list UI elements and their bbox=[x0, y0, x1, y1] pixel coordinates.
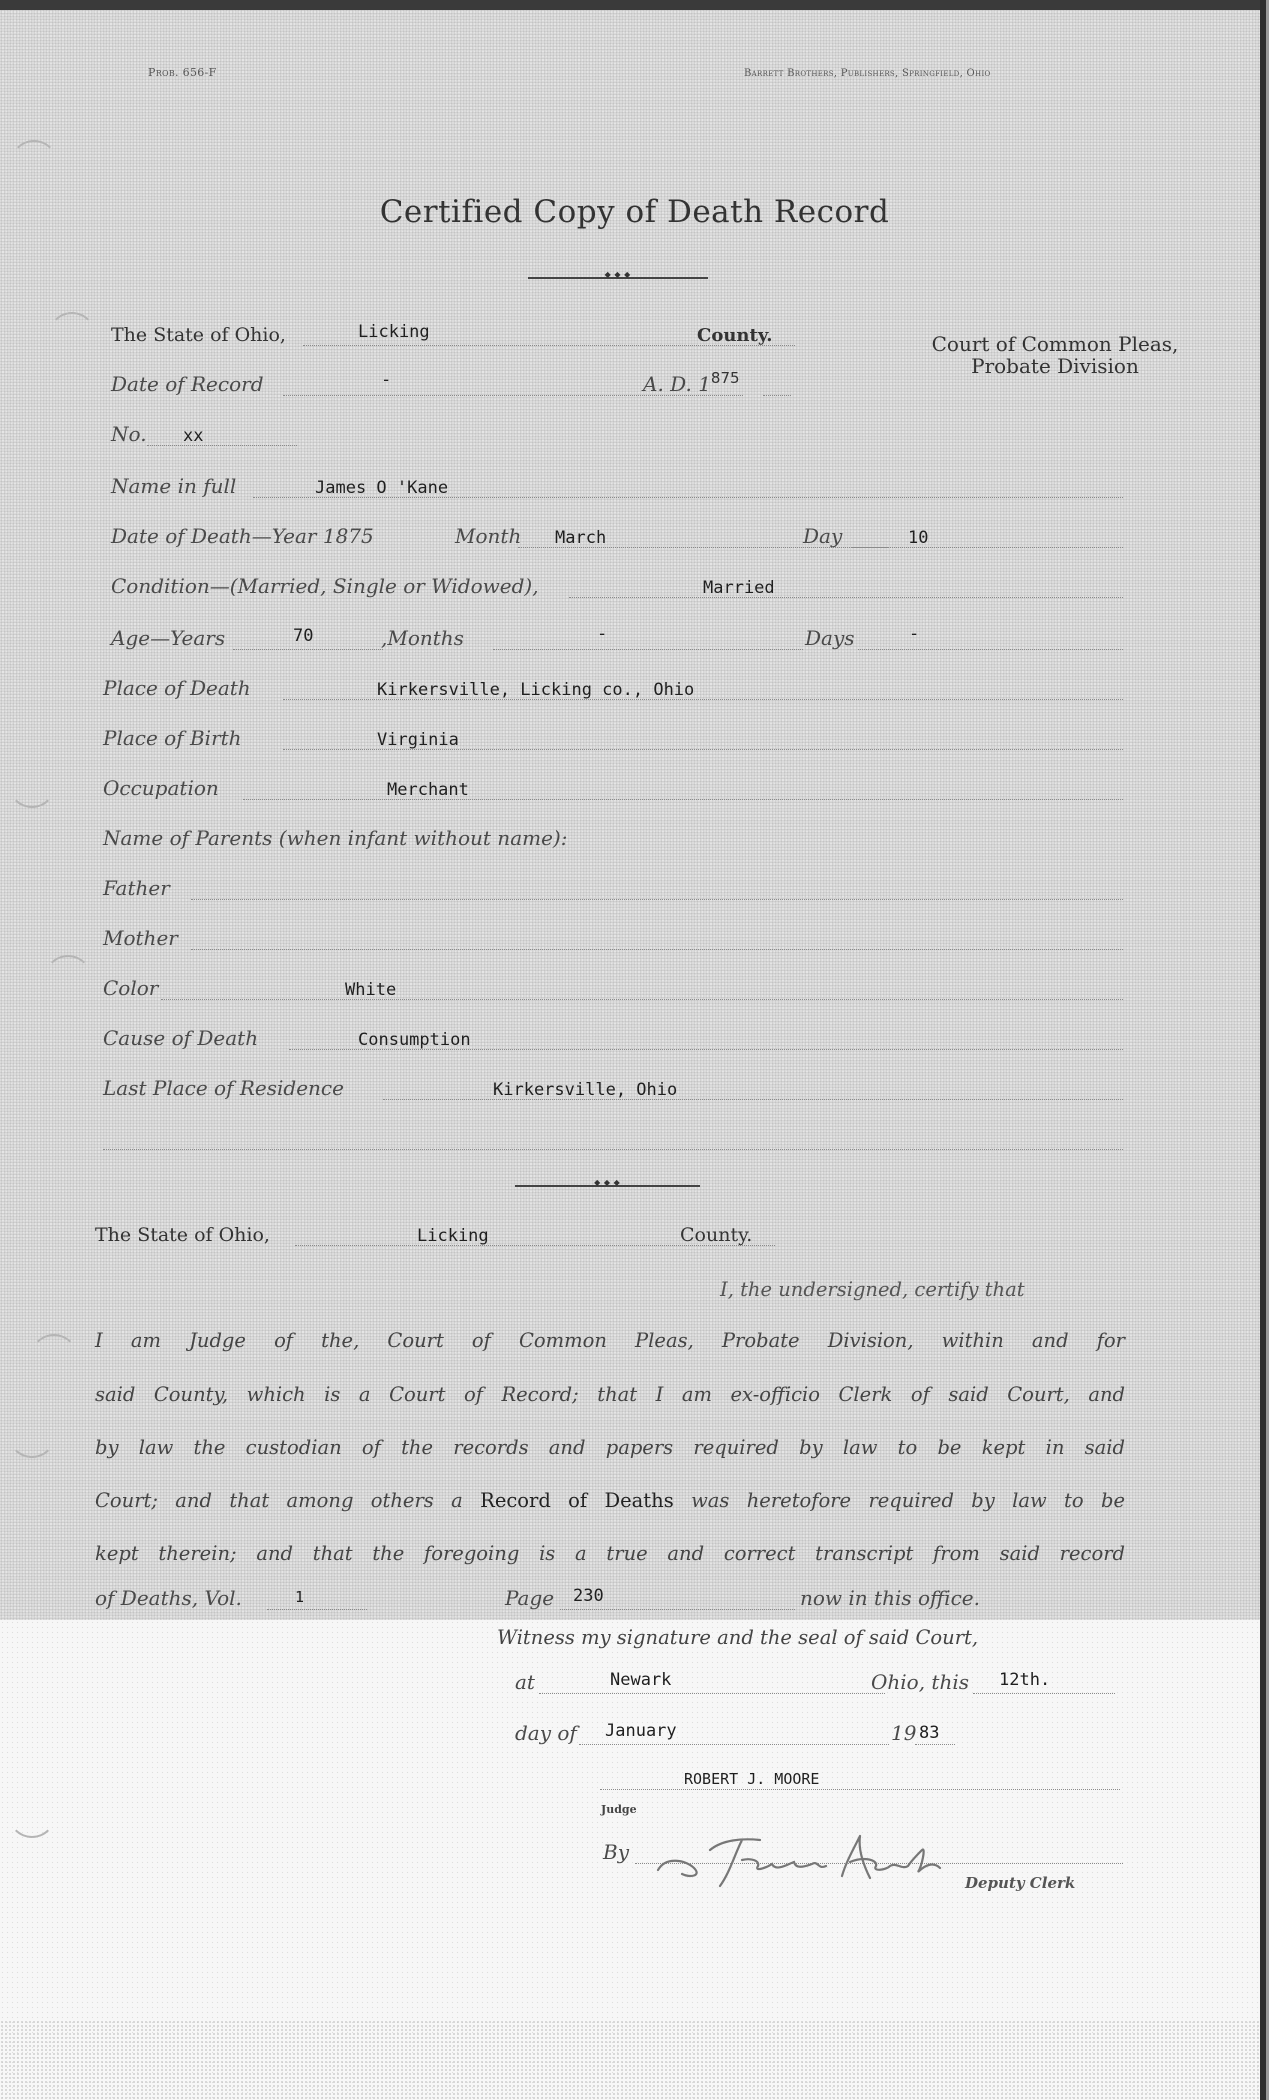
certificate-state-row: The State of Ohio, Licking County. bbox=[95, 1218, 1115, 1252]
number-label: No. bbox=[111, 422, 147, 446]
binder-hole-icon bbox=[8, 760, 56, 808]
place-of-birth-field: Virginia bbox=[377, 730, 459, 750]
scan-border-right bbox=[1260, 0, 1269, 2100]
place-of-birth-label: Place of Birth bbox=[103, 726, 242, 750]
form-number: Prob. 656-F bbox=[148, 66, 217, 79]
day-line bbox=[851, 547, 1123, 548]
judge-name: ROBERT J. MOORE bbox=[684, 1770, 819, 1788]
residence-label: Last Place of Residence bbox=[103, 1076, 344, 1100]
parents-label: Name of Parents (when infant without nam… bbox=[103, 826, 567, 850]
ohio-day-line bbox=[973, 1693, 1115, 1694]
certificate-line-5: Court; and that among others a Record of… bbox=[95, 1489, 1125, 1512]
date-of-record-label: Date of Record bbox=[111, 372, 264, 396]
month-field: March bbox=[555, 528, 606, 548]
place-of-death-field: Kirkersville, Licking co., Ohio bbox=[377, 680, 694, 700]
mother-label: Mother bbox=[103, 926, 178, 950]
place-of-death-row: Place of Death Kirkersville, Licking co.… bbox=[103, 672, 1123, 706]
certificate-line-4: by law the custodian of the records and … bbox=[95, 1436, 1125, 1459]
binder-hole-icon bbox=[44, 955, 92, 1003]
number-field: xx bbox=[183, 426, 203, 446]
day-of-row: day of January 19 83 bbox=[515, 1717, 1035, 1751]
county-field: Licking bbox=[358, 322, 430, 342]
ornament-divider bbox=[528, 277, 708, 279]
page-field: 230 bbox=[573, 1586, 604, 1606]
father-row: Father bbox=[103, 872, 1123, 906]
occupation-field: Merchant bbox=[387, 780, 469, 800]
volume-label: of Deaths, Vol. bbox=[95, 1586, 242, 1610]
age-years-label: Age—Years bbox=[111, 626, 225, 650]
mother-line bbox=[191, 949, 1123, 950]
judge-label: Judge bbox=[601, 1803, 637, 1816]
color-row: Color White bbox=[103, 972, 1123, 1006]
number-row: No. xx bbox=[103, 418, 1123, 452]
line5-post: was heretofore required by law to be bbox=[691, 1489, 1125, 1512]
place-of-death-label: Place of Death bbox=[103, 676, 251, 700]
ad-prefix: A. D. 1 bbox=[643, 372, 711, 396]
volume-field: 1 bbox=[295, 1588, 304, 1606]
deputy-clerk-label: Deputy Clerk bbox=[965, 1874, 1075, 1892]
age-months-field: - bbox=[597, 624, 607, 644]
color-label: Color bbox=[103, 976, 158, 1000]
binder-hole-icon bbox=[8, 1790, 56, 1838]
certificate-state-label: The State of Ohio, bbox=[95, 1224, 270, 1246]
certificate-line-1: I, the undersigned, certify that bbox=[720, 1278, 1025, 1301]
day-label: Day bbox=[803, 524, 842, 548]
age-months-line bbox=[493, 649, 803, 650]
century-label: 19 bbox=[891, 1721, 916, 1745]
age-years-line bbox=[233, 649, 383, 650]
name-label: Name in full bbox=[111, 474, 236, 498]
month-field: January bbox=[605, 1721, 677, 1741]
condition-field: Married bbox=[703, 578, 775, 598]
date-of-record-field: - bbox=[381, 370, 391, 390]
name-row: Name in full James O 'Kane bbox=[103, 470, 1123, 504]
ad-year-field: 875 bbox=[711, 369, 740, 387]
at-row: at Newark Ohio, this 12th. bbox=[515, 1666, 1115, 1700]
parents-row: Name of Parents (when infant without nam… bbox=[103, 822, 1123, 856]
certificate-line-3: said County, which is a Court of Record;… bbox=[95, 1383, 1125, 1406]
certificate-county-label: County. bbox=[680, 1224, 752, 1246]
occupation-row: Occupation Merchant bbox=[103, 772, 1123, 806]
ohio-this-label: Ohio, this bbox=[871, 1670, 969, 1694]
volume-line bbox=[267, 1609, 367, 1610]
volume-page-row: of Deaths, Vol. 1 Page 230 now in this o… bbox=[95, 1582, 1115, 1616]
day-field: 12th. bbox=[999, 1670, 1050, 1690]
age-days-line bbox=[858, 649, 1123, 650]
color-field: White bbox=[345, 980, 396, 1000]
date-of-record-row: Date of Record - A. D. 1875 bbox=[103, 368, 1123, 402]
state-label: The State of Ohio, bbox=[111, 324, 286, 346]
publisher: Barrett Brothers, Publishers, Springfiel… bbox=[744, 68, 991, 79]
judge-line bbox=[600, 1789, 1120, 1790]
blank-row bbox=[103, 1122, 1123, 1156]
page-title: Certified Copy of Death Record bbox=[0, 194, 1269, 230]
cause-of-death-field: Consumption bbox=[358, 1030, 471, 1050]
month-line bbox=[579, 1744, 889, 1745]
cause-of-death-row: Cause of Death Consumption bbox=[103, 1022, 1123, 1056]
day-of-label: day of bbox=[515, 1721, 577, 1745]
name-field: James O 'Kane bbox=[315, 478, 448, 498]
death-year-label: Date of Death—Year 1875 bbox=[111, 524, 374, 548]
occupation-label: Occupation bbox=[103, 776, 219, 800]
age-days-label: Days bbox=[805, 626, 855, 650]
certificate-line-6: kept therein; and that the foregoing is … bbox=[95, 1542, 1125, 1565]
father-label: Father bbox=[103, 876, 170, 900]
line5-pre: Court; and that among others a bbox=[95, 1489, 463, 1512]
date-of-death-row: Date of Death—Year 1875 Month March Day … bbox=[103, 520, 1123, 554]
binder-hole-icon bbox=[8, 1410, 56, 1458]
occupation-line bbox=[243, 799, 1123, 800]
binder-hole-icon bbox=[30, 1334, 78, 1382]
day-field: 10 bbox=[908, 528, 928, 548]
cause-of-death-label: Cause of Death bbox=[103, 1026, 258, 1050]
page-label: Page bbox=[505, 1586, 554, 1610]
condition-label: Condition—(Married, Single or Widowed), bbox=[111, 574, 539, 598]
at-line bbox=[539, 1693, 885, 1694]
year-field: 83 bbox=[919, 1723, 939, 1743]
number-line bbox=[147, 445, 297, 446]
binder-hole-icon bbox=[48, 312, 96, 360]
certificate-county-field: Licking bbox=[417, 1226, 489, 1246]
father-line bbox=[191, 899, 1123, 900]
county-label: County. bbox=[697, 325, 772, 346]
ornament-divider bbox=[515, 1185, 700, 1187]
month-label: Month bbox=[455, 524, 521, 548]
color-line bbox=[161, 999, 1123, 1000]
place-of-birth-row: Place of Birth Virginia bbox=[103, 722, 1123, 756]
state-county-row: The State of Ohio, Licking County. bbox=[103, 318, 1123, 352]
by-label: By bbox=[603, 1840, 629, 1864]
office-label: now in this office. bbox=[800, 1586, 980, 1610]
signature-icon bbox=[650, 1820, 1010, 1895]
year-line bbox=[915, 1744, 955, 1745]
judge-row: ROBERT J. MOORE bbox=[600, 1762, 1120, 1796]
mother-row: Mother bbox=[103, 922, 1123, 956]
certificate-line-2: I am Judge of the, Court of Common Pleas… bbox=[95, 1329, 1125, 1352]
document-background bbox=[0, 0, 1269, 1620]
page-line bbox=[560, 1609, 795, 1610]
residence-row: Last Place of Residence Kirkersville, Oh… bbox=[103, 1072, 1123, 1106]
condition-line bbox=[569, 597, 1123, 598]
blank-line bbox=[103, 1149, 1123, 1150]
ad-line bbox=[763, 395, 791, 396]
at-label: at bbox=[515, 1670, 535, 1694]
age-row: Age—Years 70 ,Months - Days - bbox=[103, 622, 1123, 656]
age-years-field: 70 bbox=[293, 626, 313, 646]
scan-border-top bbox=[0, 0, 1269, 10]
scan-noise bbox=[0, 2020, 1269, 2100]
age-months-label: ,Months bbox=[381, 626, 464, 650]
condition-row: Condition—(Married, Single or Widowed), … bbox=[103, 570, 1123, 604]
ad-label: A. D. 1875 bbox=[643, 372, 740, 396]
age-days-field: - bbox=[909, 624, 919, 644]
record-of-deaths: Record of Deaths bbox=[480, 1489, 674, 1512]
binder-hole-icon bbox=[10, 140, 58, 188]
at-field: Newark bbox=[610, 1670, 671, 1690]
residence-field: Kirkersville, Ohio bbox=[493, 1080, 677, 1100]
witness-text: Witness my signature and the seal of sai… bbox=[497, 1626, 978, 1649]
